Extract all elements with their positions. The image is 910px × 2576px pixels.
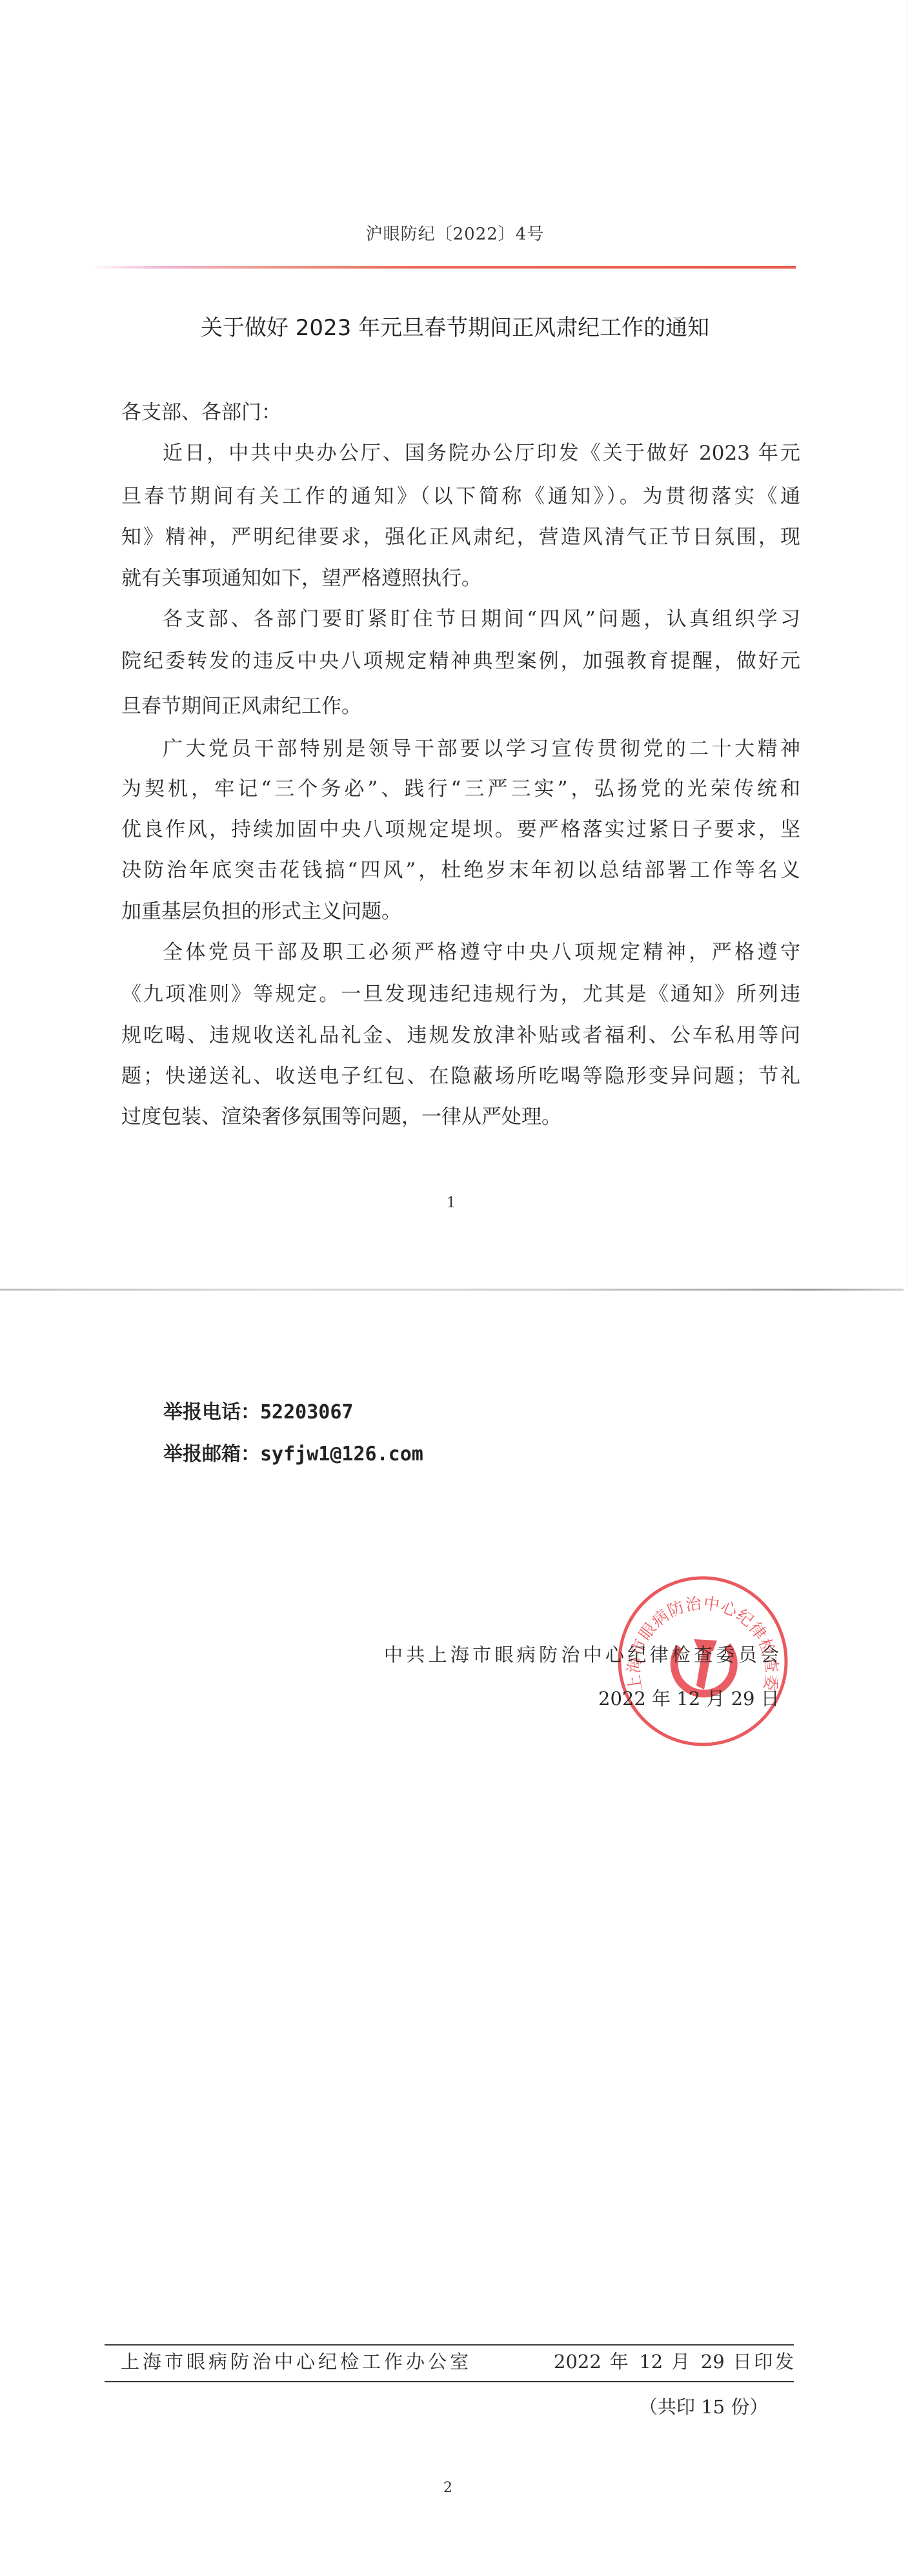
report-email-label: 举报邮箱： [163,1443,260,1466]
footer-bottom-rule [105,2381,794,2382]
red-header-title-text: 中共上海市眼病防治中心纪律检查委员会 [103,90,905,207]
report-email: 举报邮箱：syfjw1@126.com [163,1442,423,1467]
signature-organization: 中共上海市眼病防治中心纪律检查委员会 [384,1641,779,1668]
notice-title: 关于做好 2023 年元旦春节期间正风肃纪工作的通知 [0,314,910,342]
body-line: 全体党员干部及职工必须严格遵守中央八项规定精神，严格遵守 [121,938,800,966]
red-header-title: 中共上海市眼病防治中心纪律检查委员会 [103,111,781,186]
report-phone: 举报电话：52203067 [163,1400,354,1426]
page-number: 2 [443,2479,452,2497]
report-phone-label: 举报电话： [163,1401,260,1424]
body-line: 为契机，牢记“三个务必”、践行“三严三实”，弘扬党的光荣传统和 [121,775,800,803]
page-edge [907,0,907,1289]
report-email-value: syfjw1@126.com [260,1443,423,1466]
salutation: 各支部、各部门： [121,398,800,427]
red-divider [90,266,796,269]
body-line: 院纪委转发的违反中央八项规定精神典型案例，加强教育提醒，做好元 [121,647,800,675]
footer-top-rule [105,2344,794,2346]
page-number: 1 [447,1194,456,1212]
body-line: 加重基层负担的形式主义问题。 [121,897,800,926]
document-number: 沪眼防纪〔2022〕4号 [0,221,910,247]
body-line: 旦春节期间正风肃纪工作。 [121,692,800,721]
body-line: 就有关事项通知如下，望严格遵照执行。 [121,564,800,593]
report-phone-value: 52203067 [260,1401,354,1424]
body-line: 优良作风，持续加固中央八项规定堤坝。要严格落实过紧日子要求，坚 [121,815,800,844]
body-line: 规吃喝、违规收送礼品礼金、违规发放津补贴或者福利、公车私用等问 [121,1021,800,1050]
body-line: 旦春节期间有关工作的通知》（以下简称《通知》）。为贯彻落实《通 [121,482,800,511]
body-line: 过度包装、渲染奢侈氛围等问题，一律从严处理。 [121,1103,800,1131]
body-line: 题；快递送礼、收送电子红包、在隐蔽场所吃喝等隐形变异问题；节礼 [121,1062,800,1090]
footer-copies: （共印 15 份） [639,2394,768,2420]
body-line: 各支部、各部门要盯紧盯住节日期间“四风”问题，认真组织学习 [121,605,800,633]
body-line: 知》精神，严明纪律要求，强化正风肃纪，营造风清气正节日氛围，现 [121,523,800,551]
page-1: 中共上海市眼病防治中心纪律检查委员会 沪眼防纪〔2022〕4号 关于做好 202… [0,0,910,1289]
footer-issue-date: 2022 年 12 月 29 日印发 [554,2349,794,2375]
page-separator [0,1289,904,1291]
footer-issuer: 上海市眼病防治中心纪检工作办公室 [121,2349,472,2375]
body-line: 近日，中共中央办公厅、国务院办公厅印发《关于做好 2023 年元 [121,439,800,467]
signature-date: 2022 年 12 月 29 日 [598,1685,779,1712]
body-line: 广大党员干部特别是领导干部要以学习宣传贯彻党的二十大精神 [121,735,800,763]
body-line: 《九项准则》等规定。一旦发现违纪违规行为，尤其是《通知》所列违 [121,980,800,1008]
body-line: 决防治年底突击花钱搞“四风”，杜绝岁末年初以总结部署工作等名义 [121,856,800,884]
